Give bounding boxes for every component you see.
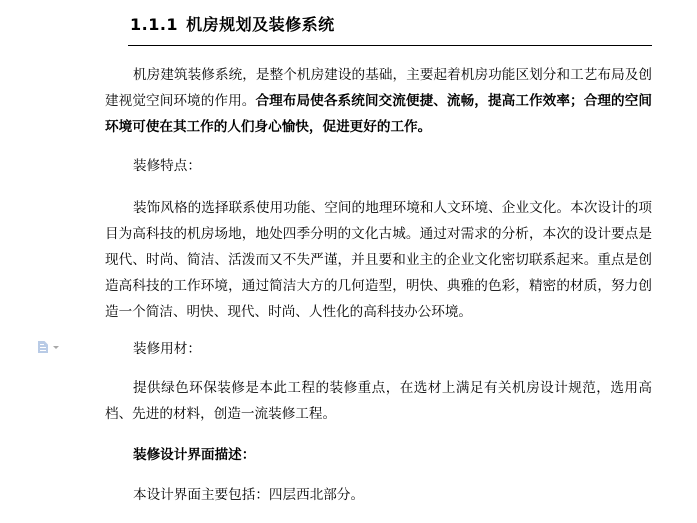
materials-paragraph: 提供绿色环保装修是本此工程的装修重点，在选材上满足有关机房设计规范，选用高档、先… <box>105 375 652 427</box>
section-title: 机房规划及装修系统 <box>186 15 335 34</box>
interface-label: 装修设计界面描述： <box>133 442 255 468</box>
heading-underline <box>128 45 652 46</box>
document-icon <box>38 341 48 353</box>
section-heading: 1.1.1机房规划及装修系统 <box>130 12 335 35</box>
document-page: 1.1.1机房规划及装修系统 机房建筑装修系统，是整个机房建设的基础，主要起着机… <box>0 0 697 523</box>
section-number: 1.1.1 <box>130 15 178 34</box>
intro-paragraph: 机房建筑装修系统，是整个机房建设的基础，主要起着机房功能区划分和工艺布局及创建视… <box>105 62 652 140</box>
chevron-down-icon <box>53 346 59 349</box>
features-paragraph: 装饰风格的选择联系使用功能、空间的地理环境和人文环境、企业文化。本次设计的项目为… <box>105 195 652 325</box>
paragraph-options-button[interactable] <box>38 340 66 354</box>
features-label: 装修特点： <box>133 153 201 179</box>
interface-paragraph: 本设计界面主要包括：四层西北部分。 <box>133 482 364 508</box>
materials-label: 装修用材： <box>133 336 201 362</box>
